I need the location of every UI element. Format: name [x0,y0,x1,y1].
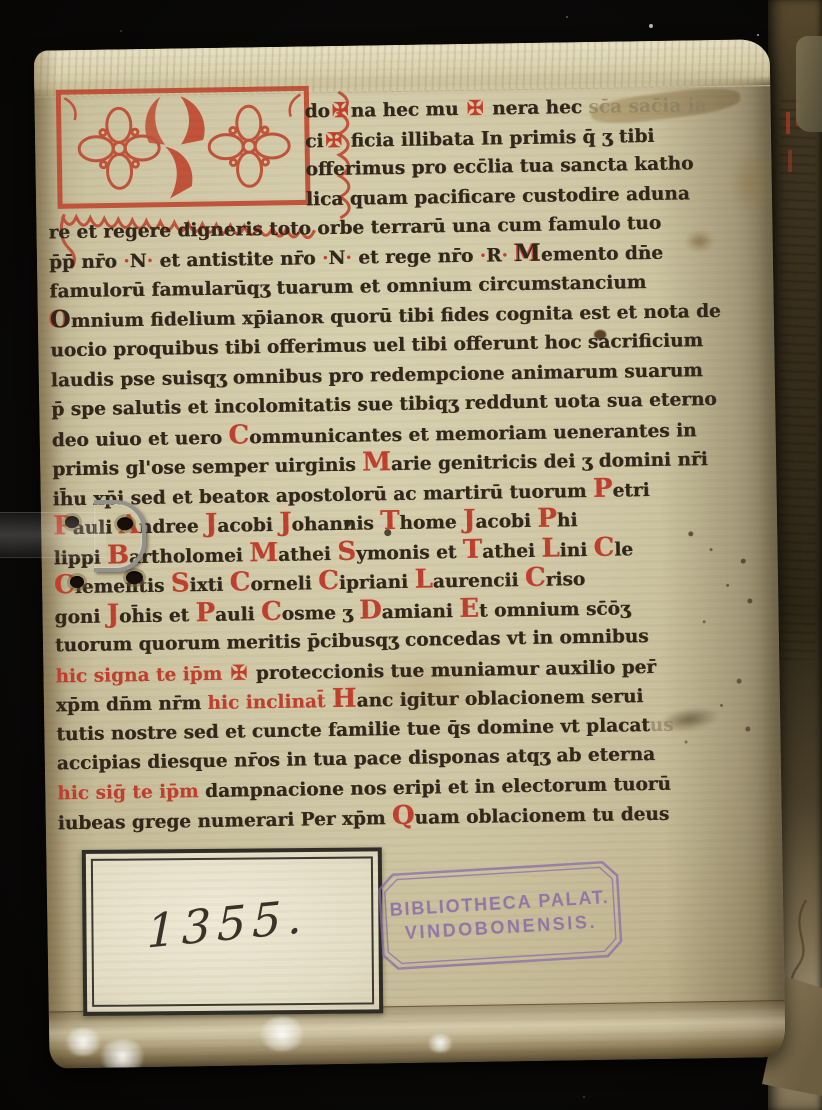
red-initial: P [593,473,613,503]
red-initial: S [171,568,190,598]
ink-text: primis gl'ose semper uirginis [52,455,362,481]
rubricated-initial: M [514,237,541,266]
ink-text: ohannis [291,513,380,535]
ink-text: aurencii [433,570,525,592]
ink-text: accipias diesque nr̄os in tua pace dispo… [57,744,655,774]
ink-text: lica quam pacificare custodire aduna [306,183,690,210]
ink-text: famulorū famularūqʒ tuarum et omnium cir… [49,272,646,302]
ink-text: home [399,512,463,534]
ink-text: riso [545,569,585,591]
rubric-text: hic inclinat̄ [207,691,332,714]
ink-text: hi [557,510,578,531]
fuzz-spot [99,1039,146,1069]
red-initial: D [359,595,382,625]
red-initial: C [229,567,250,597]
red-initial: L [414,564,433,594]
ink-text: re et regere digneris toto orbe terrarū … [48,213,661,244]
ink-text: proteccionis tue muniamur auxilio per̄ [249,656,656,683]
ink-text: deo uiuo et uero [52,427,229,451]
ink-text: N [130,250,147,271]
ink-text: na hec mu [351,99,466,122]
library-stamp: BIBLIOTHECA PALAT. VINDOBONENSIS. [374,857,626,973]
ink-text: ndree [139,516,205,538]
clip-strip [0,512,106,558]
ink-text: nera hec [486,97,589,120]
faded-ink-text: sc̄a sac̄ia ia [588,95,707,118]
ink-text: p̄p̄ nr̄o [49,251,124,273]
red-initial: J [279,508,292,538]
dust-specks [0,0,2,2]
facing-page-rubric-marks [786,112,790,134]
red-initial: J [205,509,218,539]
ink-text: acobi [217,515,279,537]
red-initial: S [337,536,356,566]
page-top-lump [796,36,822,132]
ink-text: R [486,245,502,266]
ink-text: arie genitricis dei ʒ domini nr̄i [391,449,708,475]
photograph-backdrop: do✠na hec mu ✠ nera hec sc̄a sac̄ia iaci… [0,0,822,1110]
red-initial: E [459,593,479,623]
text-block: do✠na hec mu ✠ nera hec sc̄a sac̄ia iaci… [46,89,783,838]
ink-text: auli [215,604,261,626]
ink-text: goni [54,606,107,628]
ink-text: do [304,101,330,122]
ink-text: etri [612,480,649,502]
ink-text: offerimus pro ecc̄lia tua sancta katho [305,153,693,180]
ink-text: ymonis et [356,541,463,564]
ink-text: amiani [382,601,460,623]
red-initial: Q [392,801,415,831]
ink-text: ommunicantes et memoriam uenerantes in [249,420,697,448]
facing-page-script [780,100,816,660]
ink-text: iubeas grege numerari Per xp̄m [58,808,392,834]
ink-text: lementis [75,576,171,599]
ink-text: ixti [189,575,229,597]
ink-text: tuorum quorum meritis p̄cibusqʒ concedas… [55,626,649,656]
ink-text: xp̄m dn̄m nr̄m [56,693,208,716]
ink-text: anc igitur oblacionem serui [356,686,643,712]
rubric-text: hic signa te ip̄m [55,663,228,687]
ink-text: dampnacione nos eripi et in electorum tu… [205,773,671,801]
ink-text: le [614,539,633,560]
red-initial: M [362,447,391,477]
ink-text: tutis nostre sed et cuncte familie tue q… [56,715,650,745]
red-initial: C [228,420,249,450]
red-initial: L [541,533,560,563]
metal-clip [94,500,146,572]
red-initial: J [106,599,119,629]
ink-text: ficia illibata In primis q̄ ʒ tibi [344,125,654,151]
red-initial: C [318,566,339,596]
ink-text: artholomei [129,545,250,568]
ink-text: uam oblacionem tu deus [414,804,669,829]
red-initial: M [249,537,278,567]
ink-text: oh̄is et [119,605,196,627]
red-initial: J [463,505,476,535]
rubricated-initial: O [50,304,71,333]
cross-mark: ✠ [465,96,486,120]
ink-text: orneli [250,573,318,595]
manuscript-page: do✠na hec mu ✠ nera hec sc̄a sac̄ia iaci… [34,39,786,1068]
shelfmark-label: 1355. [82,847,383,1016]
ink-text: t omnium sc̄ōʒ [479,598,631,621]
rubric-text: hic siḡ te ip̄m [57,781,205,804]
ink-text: acobi [475,511,537,533]
ink-text: et antistite nr̄o [153,248,322,272]
cross-mark: ✠ [323,127,344,151]
faded-ink-text: us [650,714,674,735]
ink-text: athei [278,543,338,565]
red-initial: T [380,506,400,536]
red-initial: T [462,534,482,564]
ink-text: ci [305,131,324,152]
ink-text: emento dn̄e [541,242,663,265]
red-initial: C [261,596,282,626]
ink-text: et rege nr̄o [352,245,480,268]
cross-mark: ✠ [330,98,351,122]
red-initial: P [537,504,557,534]
red-initial: H [332,684,357,714]
ink-text: N [328,247,345,268]
ink-text: athei [482,540,542,562]
red-initial: C [593,532,614,562]
ink-text: ipriani [339,572,415,594]
cross-mark: ✠ [228,660,249,684]
red-initial: P [195,597,215,627]
ink-text: osme ʒ [282,602,360,624]
ink-text: ini [559,539,593,561]
red-initial: C [525,563,546,593]
